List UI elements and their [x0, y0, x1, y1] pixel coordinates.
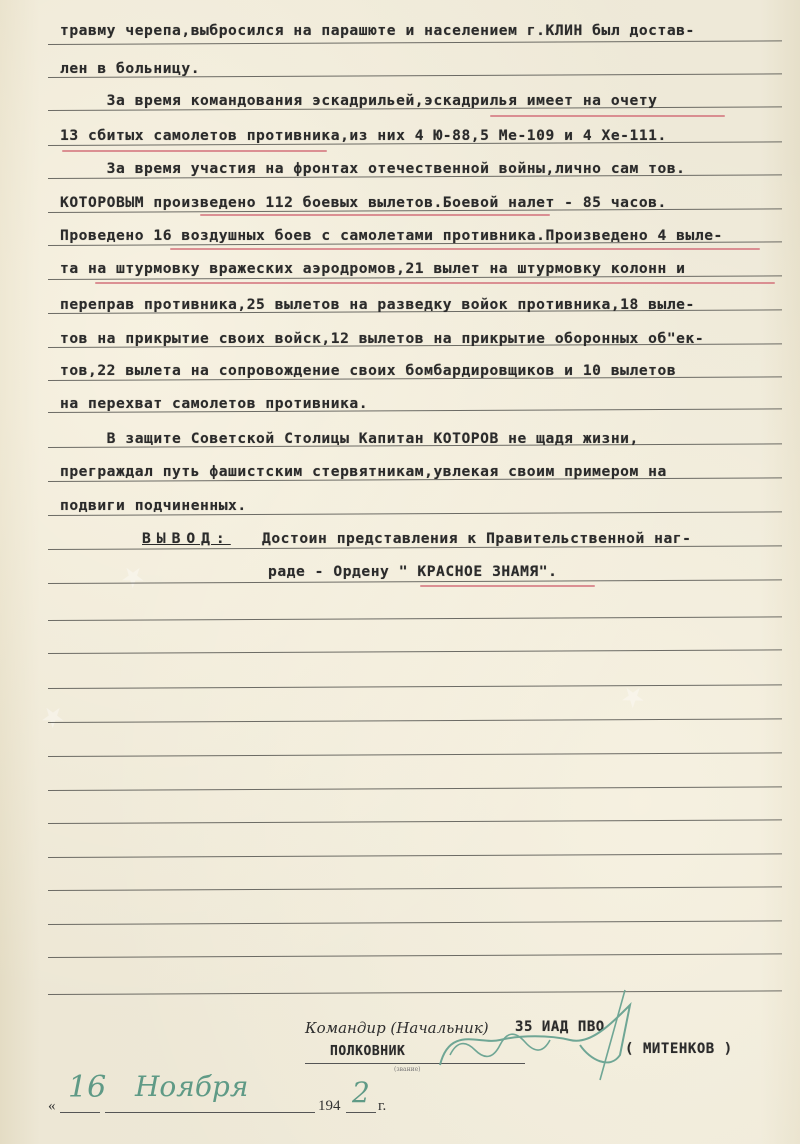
ruled-line [48, 579, 782, 584]
date-year-digit: 2 [352, 1076, 370, 1109]
conclusion-label: ВЫВОД: [142, 530, 231, 547]
body-line: лен в больницу. [60, 60, 200, 77]
body-line: В защите Советской Столицы Капитан КОТОР… [60, 430, 639, 447]
ruled-line [48, 819, 782, 824]
commander-rank: ПОЛКОВНИК [330, 1044, 405, 1059]
date-year-prefix: 194 [318, 1098, 341, 1115]
date-open-quote: « [48, 1098, 56, 1115]
ruled-line [48, 920, 782, 925]
ruled-line [48, 953, 782, 958]
ruled-line [48, 616, 782, 621]
body-line: 13 сбитых самолетов противника,из них 4 … [60, 127, 667, 144]
body-line: на перехват самолетов противника. [60, 395, 368, 412]
watermark: ★ [33, 696, 72, 737]
body-line: КОТОРОВЫМ произведено 112 боевых вылетов… [60, 194, 667, 211]
ruled-line [48, 40, 782, 45]
day-line [60, 1112, 100, 1113]
date-month: Ноября [135, 1070, 248, 1103]
body-line: подвиги подчиненных. [60, 497, 247, 514]
body-line: тов на прикрытие своих войск,12 вылетов … [60, 330, 704, 347]
month-line [105, 1112, 315, 1113]
year-line [346, 1112, 376, 1113]
ruled-line [48, 853, 782, 858]
red-underline [420, 585, 595, 587]
ruled-line [48, 990, 782, 995]
ruled-line [48, 752, 782, 757]
red-underline [62, 150, 327, 152]
red-underline [170, 248, 760, 250]
date-year-suffix: г. [378, 1098, 386, 1115]
ruled-line [48, 786, 782, 791]
body-line: За время участия на фронтах отечественно… [60, 160, 686, 177]
ruled-line [48, 718, 782, 723]
body-line: За время командования эскадрильей,эскадр… [60, 92, 658, 109]
body-line: преграждал путь фашистским стервятникам,… [60, 463, 667, 480]
ruled-line [48, 649, 782, 654]
watermark: ★ [113, 556, 152, 597]
red-underline [95, 282, 775, 284]
date-day: 16 [68, 1070, 106, 1105]
red-underline [200, 214, 550, 216]
body-line: травму черепа,выбросился на парашюте и н… [60, 22, 695, 39]
document-page: ★ ★ ★ травму черепа,выбросился на парашю… [0, 0, 800, 1144]
ruled-line [48, 684, 782, 689]
body-line: та на штурмовку вражеских аэродромов,21 … [60, 260, 686, 277]
body-line: тов,22 вылета на сопровождение своих бом… [60, 362, 676, 379]
body-line: переправ противника,25 вылетов на развед… [60, 296, 695, 313]
conclusion-line: Достоин представления к Правительственно… [262, 530, 691, 547]
watermark: ★ [613, 676, 652, 717]
red-underline [490, 115, 725, 117]
ruled-line [48, 886, 782, 891]
rank-caption: (звание) [394, 1066, 420, 1073]
body-line: Проведено 16 воздушных боев с самолетами… [60, 227, 723, 244]
signature [420, 985, 660, 1085]
conclusion-line: раде - Ордену " КРАСНОЕ ЗНАМЯ". [268, 563, 557, 580]
